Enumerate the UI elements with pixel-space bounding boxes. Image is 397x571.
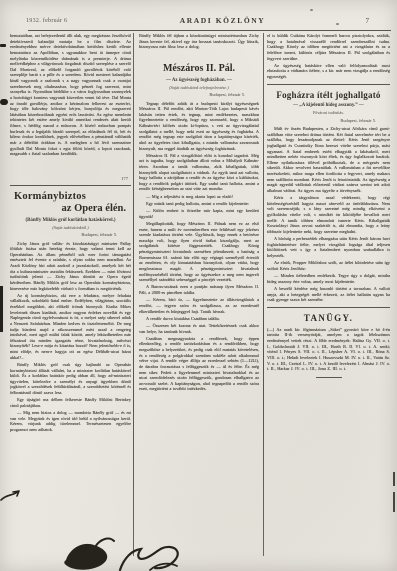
meszaros-article-dateline: Budapest, február 5.: [139, 92, 259, 97]
meszaros-article-byline: (Saját tudósítónk telefonjelentése.): [139, 85, 259, 90]
body-paragraph: A Baross-utcának ezen a pontján másnap i…: [139, 284, 259, 295]
column-3: el is küldik Csákána Károlyt fommeli har…: [267, 33, 390, 539]
body-paragraph: Zichy János gróf vallás- és közoktatásüg…: [10, 241, 131, 292]
article-separator-rule: [267, 84, 390, 85]
page-header: 1932. február 6 ARADI KÖZLÖNY 7: [0, 16, 397, 28]
body-paragraph: A beszélő kérdése még hasonló történt a …: [267, 286, 390, 303]
dialogue-line: — Kérem, bíró úr, — figyelmeztette az ál…: [139, 297, 259, 314]
opera-article-headline-line2: az Opera élén.: [10, 203, 131, 215]
body-paragraph: Megállapították, hogy Mészáros II. Pálna…: [139, 221, 259, 283]
scan-speck: [336, 23, 339, 25]
dialogue-line: — Míg nem biztos a dolog — mondotta Bánf…: [10, 410, 131, 433]
section-end-rule: [316, 377, 342, 378]
ink-blot-stroke: [95, 539, 114, 547]
opera-article-continuation: Bánffy Miklós fél tájban a közoktatásügy…: [139, 33, 259, 50]
meszaros-article-subhead: — Az ügyészség fogházában. —: [139, 78, 259, 83]
body-paragraph: Csatában megmagyarázta a rendőrnek, hogy…: [139, 336, 259, 392]
right-margin-mark: [393, 492, 395, 512]
ink-squiggle-tail: [150, 564, 177, 570]
opera-article-subhead: (Bánffy Miklós gróf korlátlan hatáskörre…: [10, 218, 131, 223]
body-paragraph: Bánffy Miklós gróf csak úgy hajlandó az …: [10, 362, 131, 396]
meszaros-article-continuation: Az ügyészség hatásköre ellen való felfol…: [267, 63, 390, 80]
dialogue-line: — Míg a teljesítést is meg akarta lopni …: [139, 194, 259, 200]
body-paragraph: Kéris a tárgyaláson azzal védekezett, ho…: [267, 195, 390, 234]
body-paragraph: A bíróság a perbeszédek elhangzása után …: [267, 236, 390, 259]
body-paragraph: Tegnap délelőtt adták át a budapesti kir…: [139, 101, 259, 152]
body-paragraph: Az új kormánybiztos, aki erre a feladatr…: [10, 293, 131, 361]
court-article-dateline: Budapest, február 5.: [267, 118, 390, 123]
margin-ink-blob: [0, 99, 8, 105]
right-margin-mark: [393, 472, 395, 486]
column-divider-2: [263, 33, 264, 556]
body-paragraph: A rendőr durva kiutalása Csatában talált…: [139, 316, 259, 322]
header-rule: [28, 30, 391, 31]
newspaper-title: ARADI KÖZLÖNY: [24, 16, 397, 25]
film-review-continuation: bemutatóban, azt befejezetlenül állt ala…: [10, 33, 131, 179]
body-paragraph: Az elnök, Propper Miklóshoz szólt, az ít…: [267, 260, 390, 271]
column-2: Bánffy Miklós fél tájban a közoktatásügy…: [139, 33, 259, 557]
body-paragraph: Múlt év őszén Budapesten, a Zichy-utcai …: [267, 126, 390, 194]
scan-speck: [310, 9, 313, 11]
column-1: bemutatóban, azt befejezetlenül állt ala…: [10, 33, 131, 538]
dialogue-line: — Összesen két korona és utat. Tettekfiz…: [139, 323, 259, 334]
meszaros-article-headline: Mészáros II. Pál.: [139, 63, 259, 75]
tanugy-section-headline: TANÜGY.: [267, 313, 390, 323]
article-separator-rule: [10, 185, 131, 186]
body-paragraph: Egy újságíró ma délben felkereste Bánffy…: [10, 397, 131, 408]
continuation-end-mark: 177: [10, 176, 131, 181]
court-article-headline: Fogházra ítélt joghallgató: [267, 90, 390, 101]
scan-edge-bar: [0, 286, 3, 332]
newspaper-page: 1932. február 6 ARADI KÖZLÖNY 7 bemutató…: [0, 0, 397, 571]
section-separator-rule: [267, 307, 390, 308]
opera-article-headline-line1: Kormánybiztos: [10, 191, 131, 203]
body-paragraph: Mészáros II. Pál a vizsgálóbíró előtt is…: [139, 153, 259, 192]
page-number: 7: [366, 17, 370, 25]
body-paragraph: Egy másik tanú pedig hallotta, amint a r…: [139, 201, 259, 207]
court-article-byline: Fővárosi tudósítás.: [267, 110, 390, 115]
court-article-subhead: — „A kijelentő hideg asszony.” —: [267, 103, 390, 108]
meszaros-article-continuation: el is küldik Csákána Károlyt fommeli har…: [267, 33, 390, 61]
column-divider-1: [133, 33, 134, 556]
dialogue-line: — Minden ítéletedben emlékezik. Tegye úg…: [267, 273, 390, 284]
ink-blot-doodle: [64, 544, 107, 570]
opera-article-dateline: Budapest, február 5.: [10, 232, 131, 237]
margin-ink-dash: [0, 44, 6, 47]
tanugy-body-paragraph: (—) Az aradi kir. főgimnázium „Süket” gy…: [267, 327, 390, 372]
dialogue-line: — Külön embert is őrizetbe már kapta, mi…: [139, 208, 259, 219]
opera-article-byline: (Saját tudósítónktól.): [10, 225, 131, 230]
